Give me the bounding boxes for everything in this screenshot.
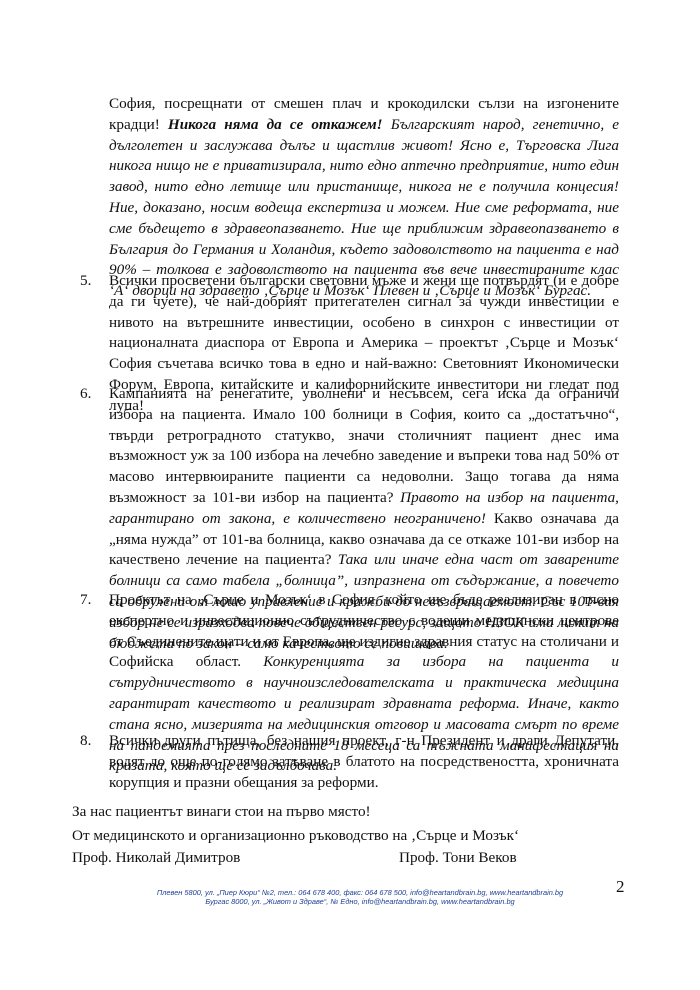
page-number: 2 [616, 877, 625, 897]
footer-line-burgas: Бургас 8000, ул. „Живот и Здраве“, № Едн… [140, 897, 580, 906]
plain-text: Кампанията на ренегатите, уволнени и нес… [109, 385, 619, 506]
item-number: 6. [80, 384, 91, 405]
footer-line-pleven: Плевен 5800, ул. „Пиер Кюри“ №2, тел.: 0… [140, 888, 580, 897]
item-number: 7. [80, 590, 91, 611]
list-item-8: 8. Всички други пътища, без нашия проект… [72, 731, 619, 793]
item-text: Всички други пътища, без нашия проект, г… [109, 731, 619, 793]
item-number: 5. [80, 271, 91, 292]
closing-line-2: От медицинското и организационно ръковод… [72, 825, 519, 847]
closing-line-1: За нас пациентът винаги стои на първо мя… [72, 801, 371, 823]
item-number: 8. [80, 731, 91, 752]
bold-italic-slogan: Никога няма да се откажем! [168, 116, 383, 133]
signature-left: Проф. Николай Димитров [72, 849, 240, 867]
signature-right: Проф. Тони Веков [399, 849, 517, 867]
document-page: София, посрещнати от смешен плач и кроко… [0, 0, 700, 990]
footer-contact: Плевен 5800, ул. „Пиер Кюри“ №2, тел.: 0… [140, 888, 580, 906]
